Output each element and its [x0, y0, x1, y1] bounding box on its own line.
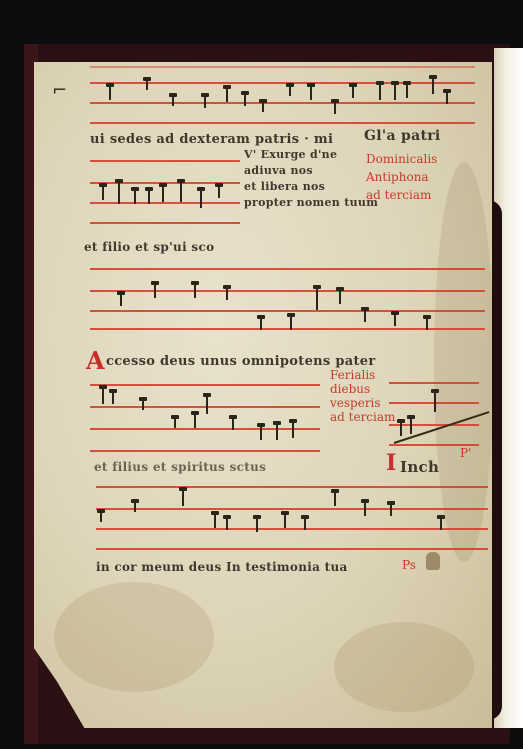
- neume: [218, 186, 220, 198]
- neume: [102, 388, 104, 404]
- neume: [194, 414, 196, 428]
- neume: [120, 294, 122, 306]
- neume: [142, 400, 144, 410]
- rubric-mark: P': [460, 446, 471, 460]
- rubric-line: Ferialis: [330, 368, 375, 382]
- lyric-line-6: Inch: [400, 458, 439, 476]
- staff-line: [90, 406, 320, 408]
- neume: [102, 186, 104, 200]
- neume: [194, 284, 196, 298]
- neume: [109, 86, 111, 100]
- neume: [232, 418, 234, 430]
- neume: [134, 190, 136, 204]
- rubric-line: Dominicalis: [366, 152, 437, 166]
- neume: [226, 288, 228, 300]
- lyric-line-5: et filius et spiritus sctus: [94, 460, 266, 474]
- neume: [364, 310, 366, 322]
- neume: [214, 514, 216, 528]
- neume: [434, 392, 436, 412]
- neume: [174, 418, 176, 428]
- neume: [118, 182, 120, 204]
- neume: [352, 86, 354, 98]
- neume: [100, 512, 102, 522]
- rubric-line: ad terciam: [366, 188, 431, 202]
- lyric-line-4: ccesso deus unus omnipotens pater: [106, 354, 375, 369]
- rubric-line: Antiphona: [366, 170, 429, 184]
- neume: [226, 88, 228, 102]
- neume: [172, 96, 174, 106]
- staff-line: [90, 202, 240, 204]
- neume: [262, 102, 264, 112]
- neume: [400, 422, 402, 436]
- staff-line: [90, 384, 320, 386]
- neume: [394, 84, 396, 100]
- neume: [256, 518, 258, 532]
- neume: [200, 190, 202, 208]
- lyric-line-3: et filio et sp'ui sco: [84, 240, 214, 254]
- neume: [334, 492, 336, 506]
- neume: [244, 94, 246, 106]
- parchment-stain: [54, 582, 214, 692]
- decorated-initial: A: [86, 346, 105, 375]
- neume: [284, 514, 286, 528]
- parchment-stain: [434, 162, 494, 562]
- neume: [292, 422, 294, 438]
- staff-line: [90, 428, 320, 430]
- neume: [182, 490, 184, 506]
- lyric-line-1: ui sedes ad dexteram patris · mi: [90, 132, 333, 147]
- manuscript-page: ⌐ ui sedes ad dexteram patris · mi Gl'a …: [34, 62, 492, 728]
- lyric-line-7: in cor meum deus In testimonia tua: [96, 560, 348, 574]
- staff-line: [90, 222, 240, 224]
- rubric-line: ad terciam: [330, 410, 395, 424]
- staff-line: [389, 382, 479, 384]
- neume: [204, 96, 206, 108]
- neume: [154, 284, 156, 298]
- staff-line: [90, 310, 485, 312]
- neume: [206, 396, 208, 414]
- neume: [260, 426, 262, 440]
- neume: [379, 84, 381, 100]
- neume: [304, 518, 306, 530]
- neume: [112, 392, 114, 404]
- lyric-line-2: Gl'a patri: [364, 128, 441, 144]
- neume: [364, 502, 366, 516]
- staff-line: [96, 548, 488, 550]
- parchment-stain: [334, 622, 474, 712]
- staff-line: [96, 486, 488, 488]
- neume: [316, 288, 318, 310]
- neume: [410, 418, 412, 434]
- staff-line: [90, 102, 475, 104]
- versicle-line: propter nomen tuum: [244, 196, 378, 209]
- neume: [334, 102, 336, 114]
- neume: [134, 502, 136, 512]
- neume: [148, 190, 150, 204]
- drawn-figure-head: [426, 552, 440, 570]
- rubric-mark: Ps: [402, 558, 416, 572]
- staff-line: [90, 122, 475, 124]
- neume: [276, 424, 278, 440]
- neume: [426, 318, 428, 330]
- staff-line: [389, 424, 479, 426]
- neume: [339, 290, 341, 304]
- clef-mark: ⌐: [52, 80, 67, 101]
- staff-line: [90, 290, 485, 292]
- staff-line: [96, 528, 488, 530]
- neume: [432, 78, 434, 94]
- staff-line: [90, 160, 240, 162]
- neume: [146, 80, 148, 90]
- versicle-line: V' Exurge d'ne: [244, 148, 337, 161]
- neume: [390, 504, 392, 516]
- neume: [162, 186, 164, 202]
- staff-line: [90, 66, 475, 68]
- neume: [406, 84, 408, 98]
- neume: [310, 86, 312, 100]
- neume: [446, 92, 448, 104]
- rubric-line: diebus: [330, 382, 370, 396]
- neume: [180, 182, 182, 202]
- neume: [290, 316, 292, 330]
- neume: [226, 518, 228, 530]
- neume: [394, 314, 396, 326]
- neume: [289, 86, 291, 96]
- decorated-initial: I: [386, 450, 396, 476]
- neume: [440, 518, 442, 530]
- neume: [260, 318, 262, 330]
- staff-line: [90, 450, 320, 452]
- versicle-line: et libera nos: [244, 180, 325, 193]
- versicle-line: adiuva nos: [244, 164, 313, 177]
- staff-line: [90, 268, 485, 270]
- staff-line: [96, 508, 488, 510]
- rubric-line: vesperis: [330, 396, 381, 410]
